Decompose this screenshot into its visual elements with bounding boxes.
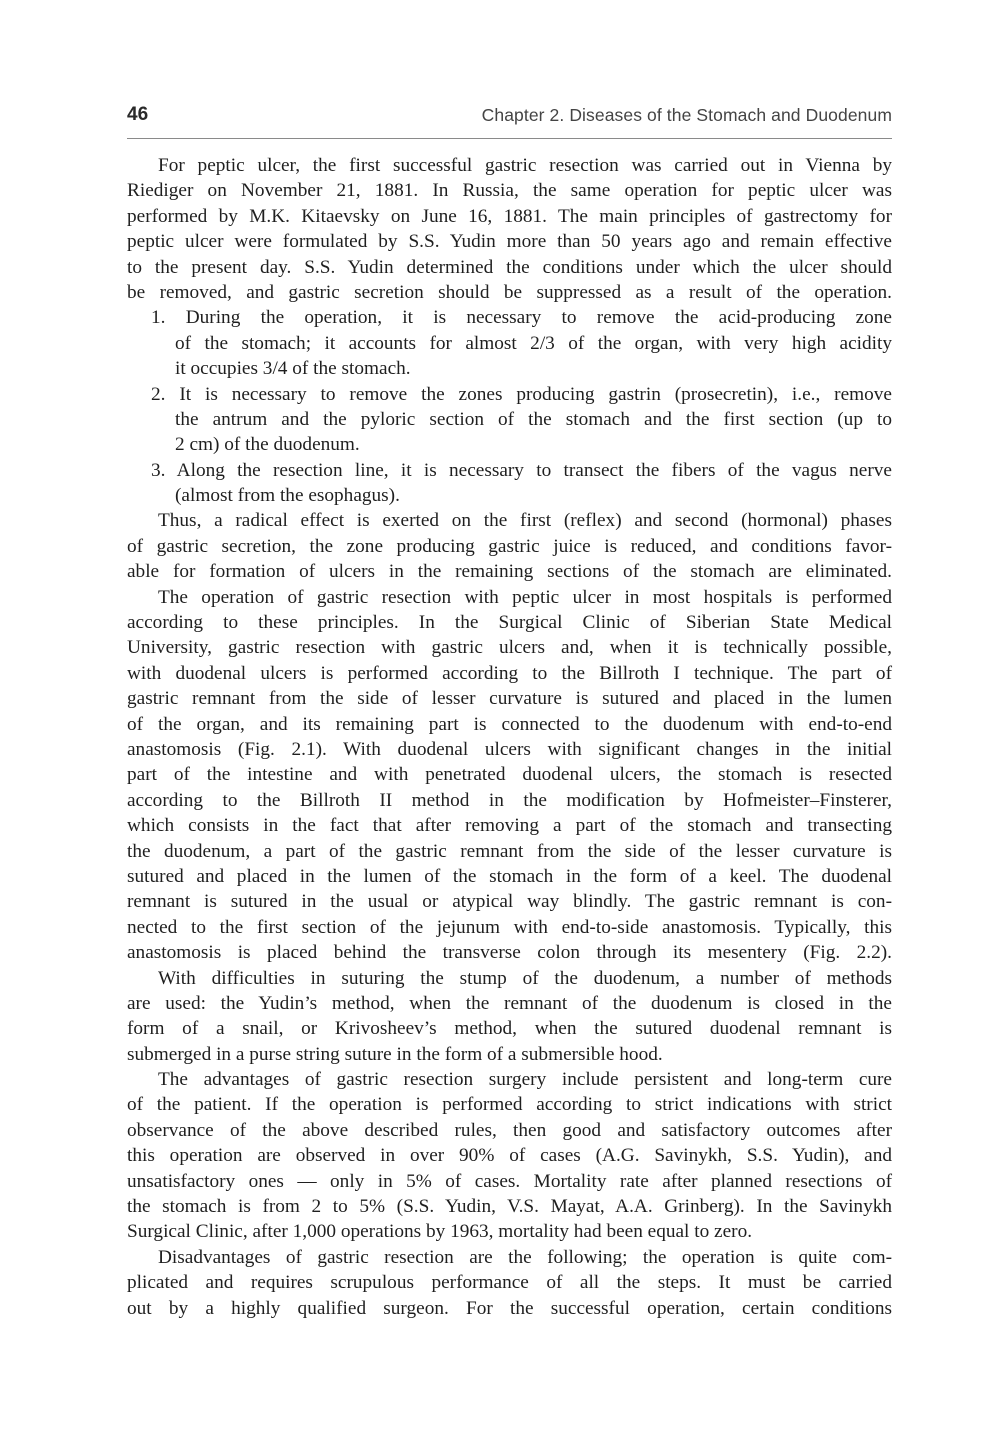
text-line: which consists in the fact that after re… <box>127 813 892 838</box>
text-line: 1. During the operation, it is necessary… <box>127 305 892 330</box>
list-item: 1. During the operation, it is necessary… <box>127 305 892 381</box>
text-line: Thus, a radical effect is exerted on the… <box>127 508 892 533</box>
text-line: are used: the Yudin’s method, when the r… <box>127 991 892 1016</box>
text-line: the stomach is from 2 to 5% (S.S. Yudin,… <box>127 1194 892 1219</box>
text-line: submerged in a purse string suture in th… <box>127 1042 892 1067</box>
text-line: this operation are observed in over 90% … <box>127 1143 892 1168</box>
page-number: 46 <box>127 104 148 126</box>
text-line: of the organ, and its remaining part is … <box>127 712 892 737</box>
header-rule <box>127 138 892 139</box>
text-line: The operation of gastric resection with … <box>127 585 892 610</box>
text-line: out by a highly qualified surgeon. For t… <box>127 1296 892 1321</box>
running-head: Chapter 2. Diseases of the Stomach and D… <box>482 105 892 126</box>
paragraph-history: For peptic ulcer, the first successful g… <box>127 153 892 305</box>
text-line: remnant is sutured in the usual or atypi… <box>127 889 892 914</box>
list-item: 2. It is necessary to remove the zones p… <box>127 382 892 458</box>
text-line: the duodenum, a part of the gastric remn… <box>127 839 892 864</box>
paragraph-advantages: The advantages of gastric resection surg… <box>127 1067 892 1245</box>
text-line: the antrum and the pyloric section of th… <box>127 407 892 432</box>
text-line: form of a snail, or Krivosheev’s method,… <box>127 1016 892 1041</box>
text-line: it occupies 3/4 of the stomach. <box>127 356 892 381</box>
text-line: With difficulties in suturing the stump … <box>127 966 892 991</box>
paragraph-disadvantages: Disadvantages of gastric resection are t… <box>127 1245 892 1321</box>
paragraph-stump: With difficulties in suturing the stump … <box>127 966 892 1068</box>
body-text: For peptic ulcer, the first successful g… <box>127 153 892 1321</box>
book-page: 46 Chapter 2. Diseases of the Stomach an… <box>0 0 1000 1454</box>
text-line: according to the Billroth II method in t… <box>127 788 892 813</box>
text-line: observance of the above described rules,… <box>127 1118 892 1143</box>
text-line: Surgical Clinic, after 1,000 operations … <box>127 1219 892 1244</box>
text-line: 3. Along the resection line, it is neces… <box>127 458 892 483</box>
text-line: anastomosis is placed behind the transve… <box>127 940 892 965</box>
text-line: part of the intestine and with penetrate… <box>127 762 892 787</box>
text-line: to the present day. S.S. Yudin determine… <box>127 255 892 280</box>
text-line: University, gastric resection with gastr… <box>127 635 892 660</box>
text-line: gastric remnant from the side of lesser … <box>127 686 892 711</box>
text-line: of the stomach; it accounts for almost 2… <box>127 331 892 356</box>
text-line: anastomosis (Fig. 2.1). With duodenal ul… <box>127 737 892 762</box>
text-line: according to these principles. In the Su… <box>127 610 892 635</box>
text-line: For peptic ulcer, the first successful g… <box>127 153 892 178</box>
text-line: unsatisfactory ones — only in 5% of case… <box>127 1169 892 1194</box>
text-line: peptic ulcer were formulated by S.S. Yud… <box>127 229 892 254</box>
text-line: plicated and requires scrupulous perform… <box>127 1270 892 1295</box>
text-line: able for formation of ulcers in the rema… <box>127 559 892 584</box>
page-header: 46 Chapter 2. Diseases of the Stomach an… <box>127 104 892 134</box>
text-line: sutured and placed in the lumen of the s… <box>127 864 892 889</box>
text-line: Riediger on November 21, 1881. In Russia… <box>127 178 892 203</box>
text-line: with duodenal ulcers is performed accord… <box>127 661 892 686</box>
paragraph-billroth: The operation of gastric resection with … <box>127 585 892 966</box>
text-line: 2. It is necessary to remove the zones p… <box>127 382 892 407</box>
text-line: be removed, and gastric secretion should… <box>127 280 892 305</box>
text-line: of gastric secretion, the zone producing… <box>127 534 892 559</box>
text-line: nected to the first section of the jejun… <box>127 915 892 940</box>
text-line: performed by M.K. Kitaevsky on June 16, … <box>127 204 892 229</box>
text-line: 2 cm) of the duodenum. <box>127 432 892 457</box>
text-line: The advantages of gastric resection surg… <box>127 1067 892 1092</box>
text-line: (almost from the esophagus). <box>127 483 892 508</box>
list-item: 3. Along the resection line, it is neces… <box>127 458 892 509</box>
text-line: of the patient. If the operation is perf… <box>127 1092 892 1117</box>
principles-list: 1. During the operation, it is necessary… <box>127 305 892 508</box>
paragraph-effect: Thus, a radical effect is exerted on the… <box>127 508 892 584</box>
text-line: Disadvantages of gastric resection are t… <box>127 1245 892 1270</box>
